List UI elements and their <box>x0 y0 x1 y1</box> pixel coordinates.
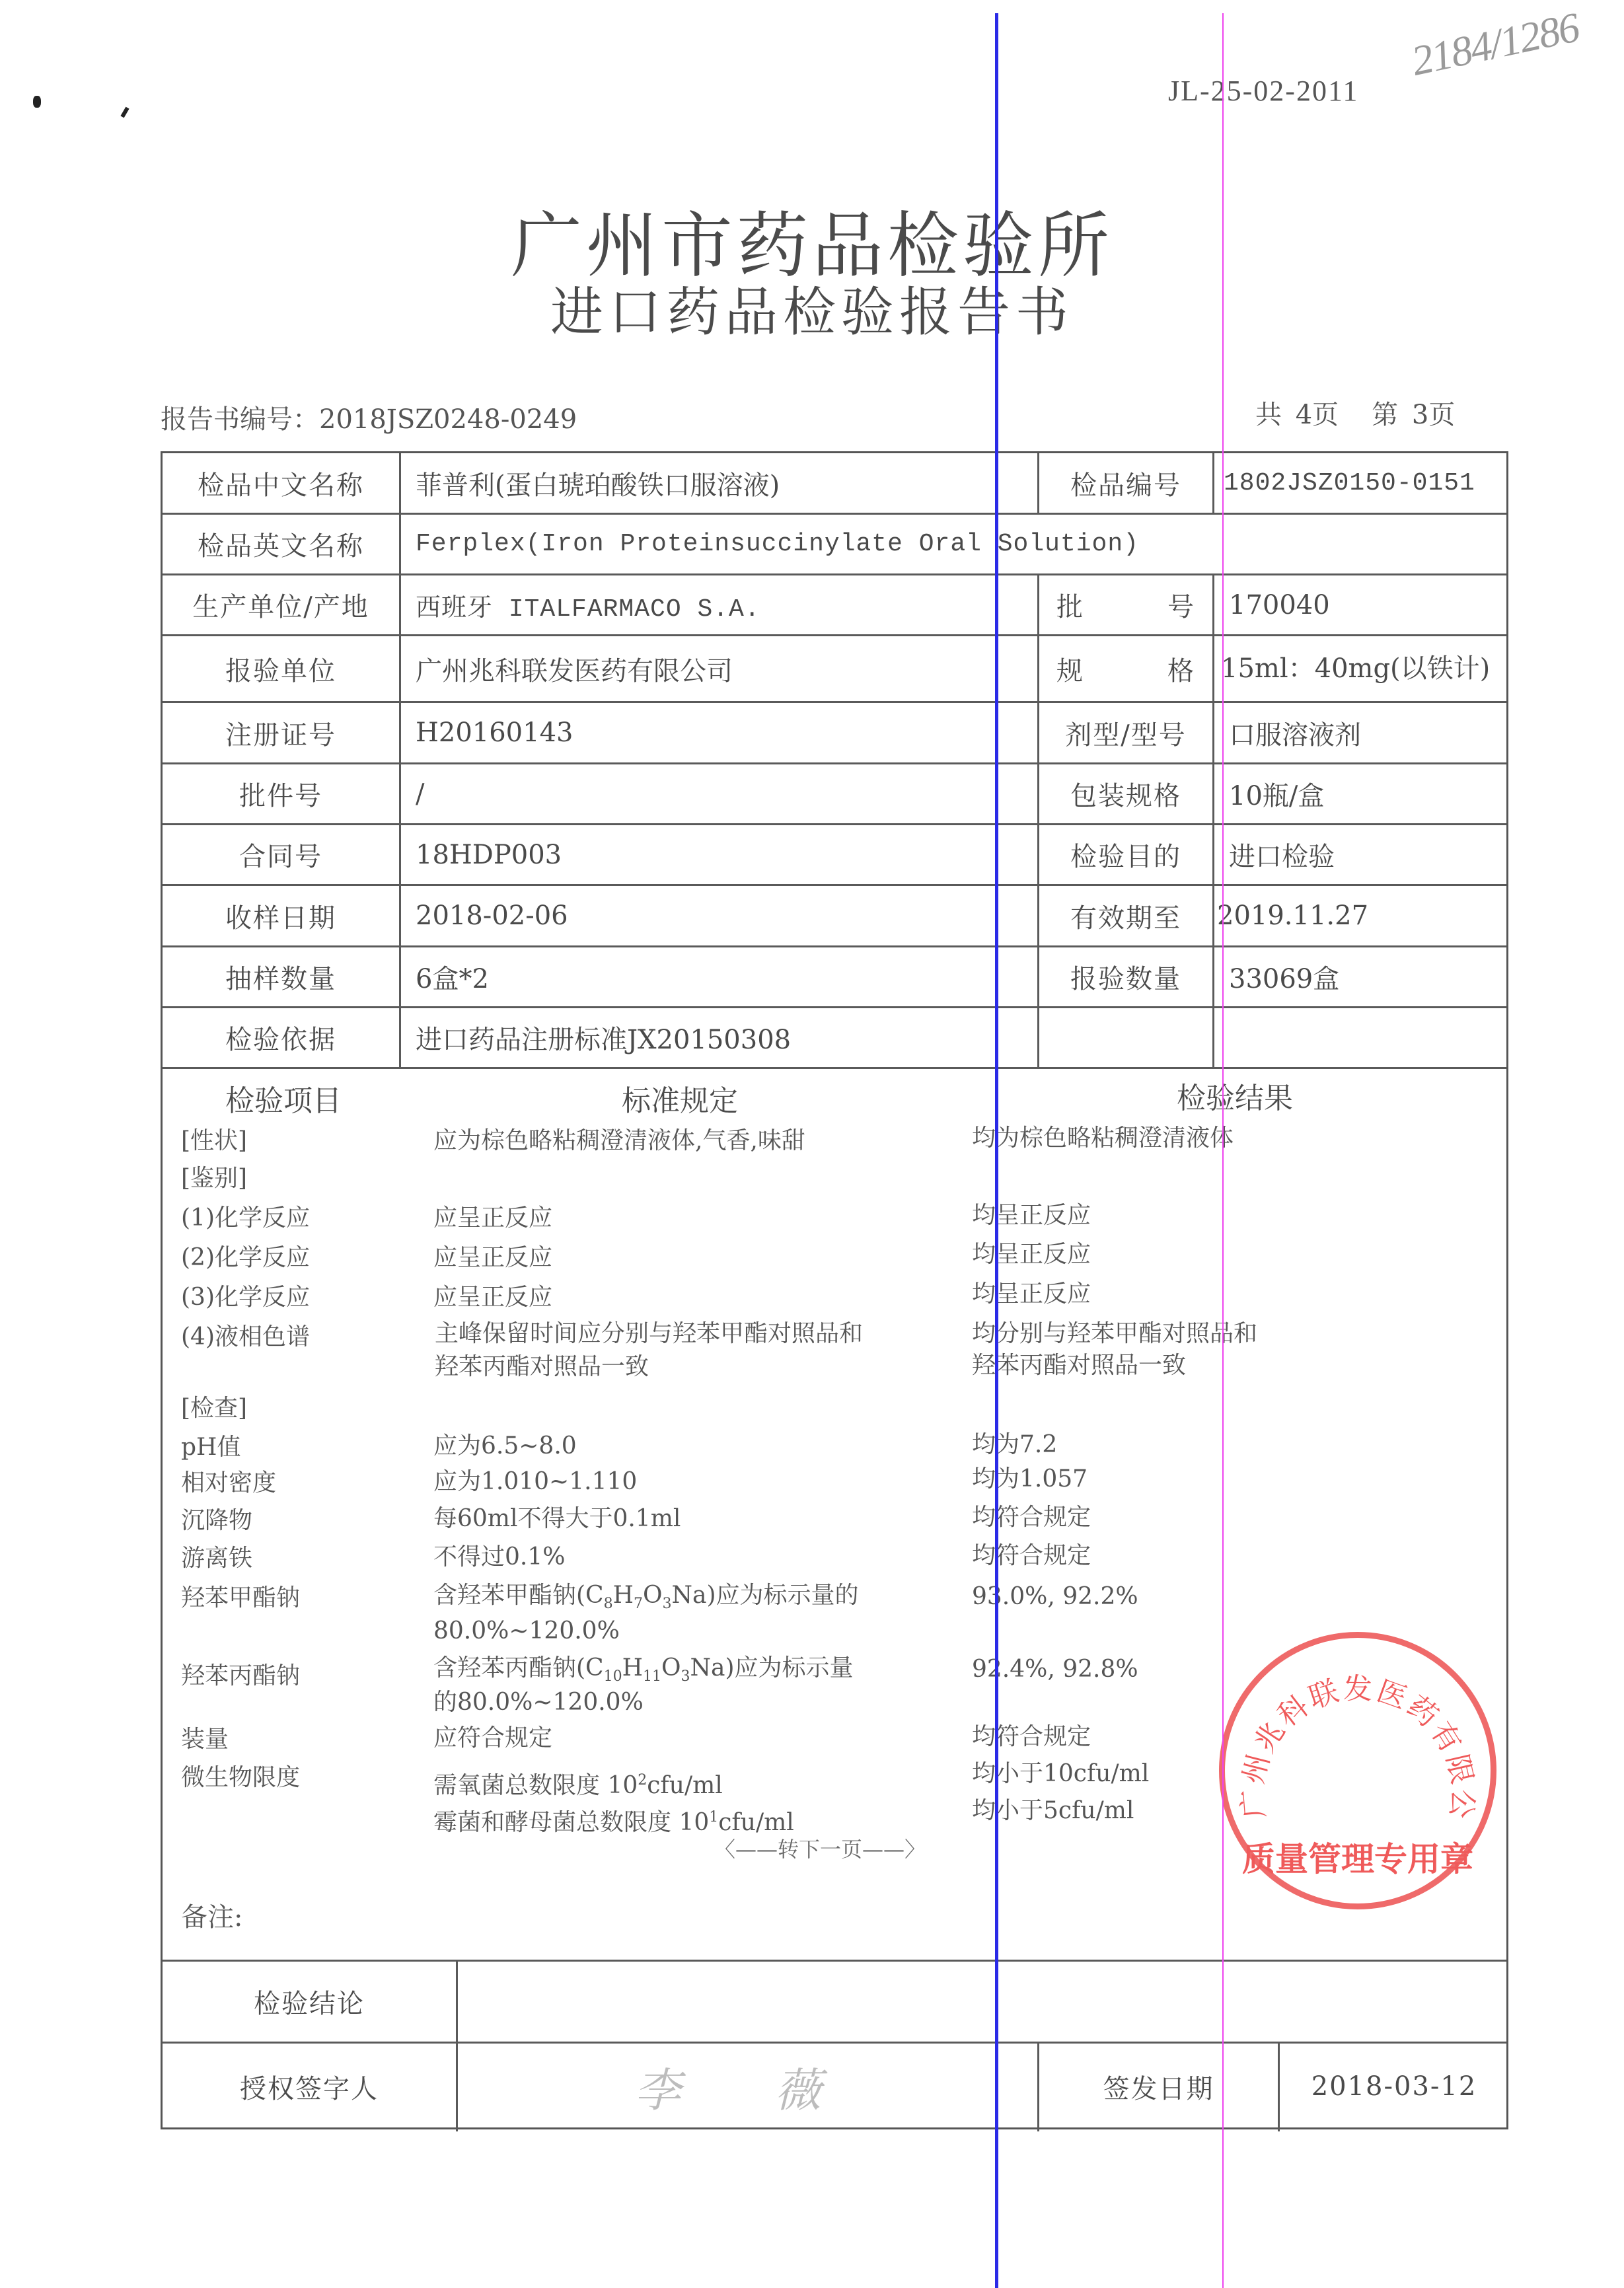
value-chinese-name: 菲普利(蛋白琥珀酸铁口服溶液) <box>401 453 1037 513</box>
result-density: 均为1.057 <box>972 1465 1088 1493</box>
item-propylparaben-na: 羟苯丙酯钠 <box>181 1662 300 1690</box>
item-chem-3: (3)化学反应 <box>181 1284 310 1311</box>
value-sample-number: 1802JSZ0150-0151 <box>1214 453 1508 513</box>
label-receipt-date: 收样日期 <box>163 886 399 945</box>
standard-propylparaben-na-line2: 的80.0%~120.0% <box>433 1689 644 1716</box>
handwritten-note: 2184/1286 <box>1407 3 1583 86</box>
item-hplc: (4)液相色谱 <box>181 1323 310 1351</box>
label-sample-number: 检品编号 <box>1039 453 1212 513</box>
label-sample-qty: 抽样数量 <box>163 947 399 1006</box>
result-aerobic-count: 均小于10cfu/ml <box>972 1760 1149 1788</box>
value-contract-no: 18HDP003 <box>401 825 1037 884</box>
label-specification: 规 格 <box>1039 636 1212 701</box>
value-basis: 进口药品注册标准JX20150308 <box>401 1008 1508 1067</box>
result-chem-1: 均呈正反应 <box>972 1202 1091 1230</box>
item-ph: pH值 <box>181 1434 240 1461</box>
standard-hplc: 主峰保留时间应分别与羟苯甲酯对照品和 <box>435 1320 863 1348</box>
value-conclusion <box>458 1962 1508 2042</box>
standard-chem-3: 应呈正反应 <box>433 1284 552 1311</box>
standard-yeast-mold-count: 霉菌和酵母菌总数限度 101cfu/ml <box>433 1804 794 1837</box>
value-specification: 15ml：40mg(以铁计) <box>1214 636 1492 701</box>
item-appearance: [性状] <box>181 1127 247 1155</box>
value-issue-date: 2018-03-12 <box>1280 2044 1508 2129</box>
label-basis: 检验依据 <box>163 1008 399 1067</box>
item-chem-2: (2)化学反应 <box>181 1244 310 1272</box>
standard-appearance: 应为棕色略粘稠澄清液体,气香,味甜 <box>433 1127 805 1155</box>
item-inspection: [检查] <box>181 1395 247 1422</box>
value-approval-no: / <box>401 764 1037 823</box>
value-receipt-date: 2018-02-06 <box>401 886 1037 945</box>
value-dosage-form: 口服溶液剂 <box>1214 703 1508 762</box>
standard-sediment: 每60ml不得大于0.1ml <box>433 1505 681 1533</box>
standard-density: 应为1.010~1.110 <box>433 1468 637 1496</box>
result-hplc-line2: 羟苯丙酯对照品一致 <box>972 1352 1186 1380</box>
item-density: 相对密度 <box>181 1469 276 1497</box>
label-purpose: 检验目的 <box>1039 825 1212 884</box>
label-dosage-form: 剂型/型号 <box>1039 703 1212 762</box>
standard-fill-volume: 应符合规定 <box>433 1724 552 1752</box>
result-chem-3: 均呈正反应 <box>972 1280 1091 1308</box>
header-result: 检验结果 <box>1177 1074 1293 1117</box>
standard-hplc-line2: 羟苯丙酯对照品一致 <box>435 1353 649 1381</box>
header-standard: 标准规定 <box>622 1077 738 1119</box>
value-applicant: 广州兆科联发医药有限公司 <box>401 636 1037 701</box>
label-conclusion: 检验结论 <box>163 1962 456 2042</box>
result-ph: 均为7.2 <box>972 1431 1057 1459</box>
row-divider <box>163 1067 1506 1069</box>
header-test-item: 检验项目 <box>225 1077 342 1119</box>
value-declared-qty: 33069盒 <box>1214 947 1508 1006</box>
value-purpose: 进口检验 <box>1214 825 1508 884</box>
value-sample-qty: 6盒*2 <box>401 947 1037 1006</box>
total-pages: 共 4页 <box>1255 400 1339 430</box>
label-declared-qty: 报验数量 <box>1039 947 1212 1006</box>
item-free-iron: 游离铁 <box>181 1545 252 1572</box>
scan-artifact-line <box>995 13 998 2288</box>
label-registration-no: 注册证号 <box>163 703 399 762</box>
label-expiry: 有效期至 <box>1039 886 1212 945</box>
label-english-name: 检品英文名称 <box>163 515 399 573</box>
label-manufacturer: 生产单位/产地 <box>163 575 399 634</box>
scan-speck <box>33 96 41 108</box>
standard-methylparaben-na: 含羟苯甲酯钠(C8H7O3Na)应为标示量的 <box>433 1582 859 1618</box>
standard-chem-1: 应呈正反应 <box>433 1204 552 1232</box>
continued-next-page: 〈——转下一页——〉 <box>714 1833 926 1863</box>
signature: 李 薇 <box>458 2044 1037 2129</box>
result-sediment: 均符合规定 <box>972 1504 1091 1531</box>
standard-ph: 应为6.5~8.0 <box>433 1432 577 1460</box>
item-sediment: 沉降物 <box>181 1507 252 1535</box>
result-free-iron: 均符合规定 <box>972 1542 1091 1570</box>
report-number: 报告书编号：2018JSZ0248-0249 <box>161 398 577 436</box>
current-page: 第 3页 <box>1372 400 1455 430</box>
remarks-label: 备注: <box>181 1903 242 1931</box>
value-package-spec: 10瓶/盒 <box>1214 764 1508 823</box>
item-identification: [鉴别] <box>181 1165 247 1193</box>
report-title: 进口药品检验报告书 <box>0 270 1624 346</box>
label-contract-no: 合同号 <box>163 825 399 884</box>
company-seal: 广州兆科联发医药有限公司 质量管理专用章 <box>1219 1632 1496 1909</box>
label-chinese-name: 检品中文名称 <box>163 453 399 513</box>
result-hplc: 均分别与羟苯甲酯对照品和 <box>972 1320 1257 1348</box>
svg-text:广州兆科联发医药有限公司: 广州兆科联发医药有限公司 <box>1225 1638 1480 1823</box>
value-batch-number: 170040 <box>1214 575 1508 634</box>
item-fill-volume: 装量 <box>181 1726 229 1753</box>
result-appearance: 均为棕色略粘稠澄清液体 <box>972 1125 1234 1152</box>
standard-aerobic-count: 需氧菌总数限度 102cfu/ml <box>433 1767 723 1800</box>
standard-methylparaben-na-line2: 80.0%~120.0% <box>433 1617 620 1645</box>
standard-chem-2: 应呈正反应 <box>433 1244 552 1272</box>
label-applicant: 报验单位 <box>163 636 399 701</box>
document-code: JL-25-02-2011 <box>1168 74 1358 108</box>
standard-propylparaben-na: 含羟苯丙酯钠(C10H11O3Na)应为标示量 <box>433 1654 854 1691</box>
value-english-name: Ferplex(Iron Proteinsuccinylate Oral Sol… <box>401 515 1508 573</box>
standard-free-iron: 不得过0.1% <box>433 1543 565 1571</box>
item-microbial-limit: 微生物限度 <box>181 1764 300 1792</box>
item-chem-1: (1)化学反应 <box>181 1204 310 1232</box>
label-approval-no: 批件号 <box>163 764 399 823</box>
value-expiry: 2019.11.27 <box>1214 886 1508 945</box>
scan-artifact-line <box>1222 13 1224 2288</box>
label-package-spec: 包装规格 <box>1039 764 1212 823</box>
result-fill-volume: 均符合规定 <box>972 1723 1091 1751</box>
value-manufacturer: 西班牙 ITALFARMACO S.A. <box>401 575 1037 634</box>
report-number-label: 报告书编号： <box>161 404 319 435</box>
item-methylparaben-na: 羟苯甲酯钠 <box>181 1584 300 1612</box>
label-issue-date: 签发日期 <box>1039 2044 1278 2129</box>
label-batch-number: 批 号 <box>1039 575 1212 634</box>
result-chem-2: 均呈正反应 <box>972 1241 1091 1269</box>
seal-center-text: 质量管理专用章 <box>1225 1833 1491 1880</box>
report-number-value: 2018JSZ0248-0249 <box>319 404 577 435</box>
scan-speck <box>120 107 129 118</box>
label-authorized-signatory: 授权签字人 <box>163 2044 456 2129</box>
value-registration-no: H20160143 <box>401 703 1037 762</box>
page-counter: 共 4页第 3页 <box>1255 394 1455 431</box>
